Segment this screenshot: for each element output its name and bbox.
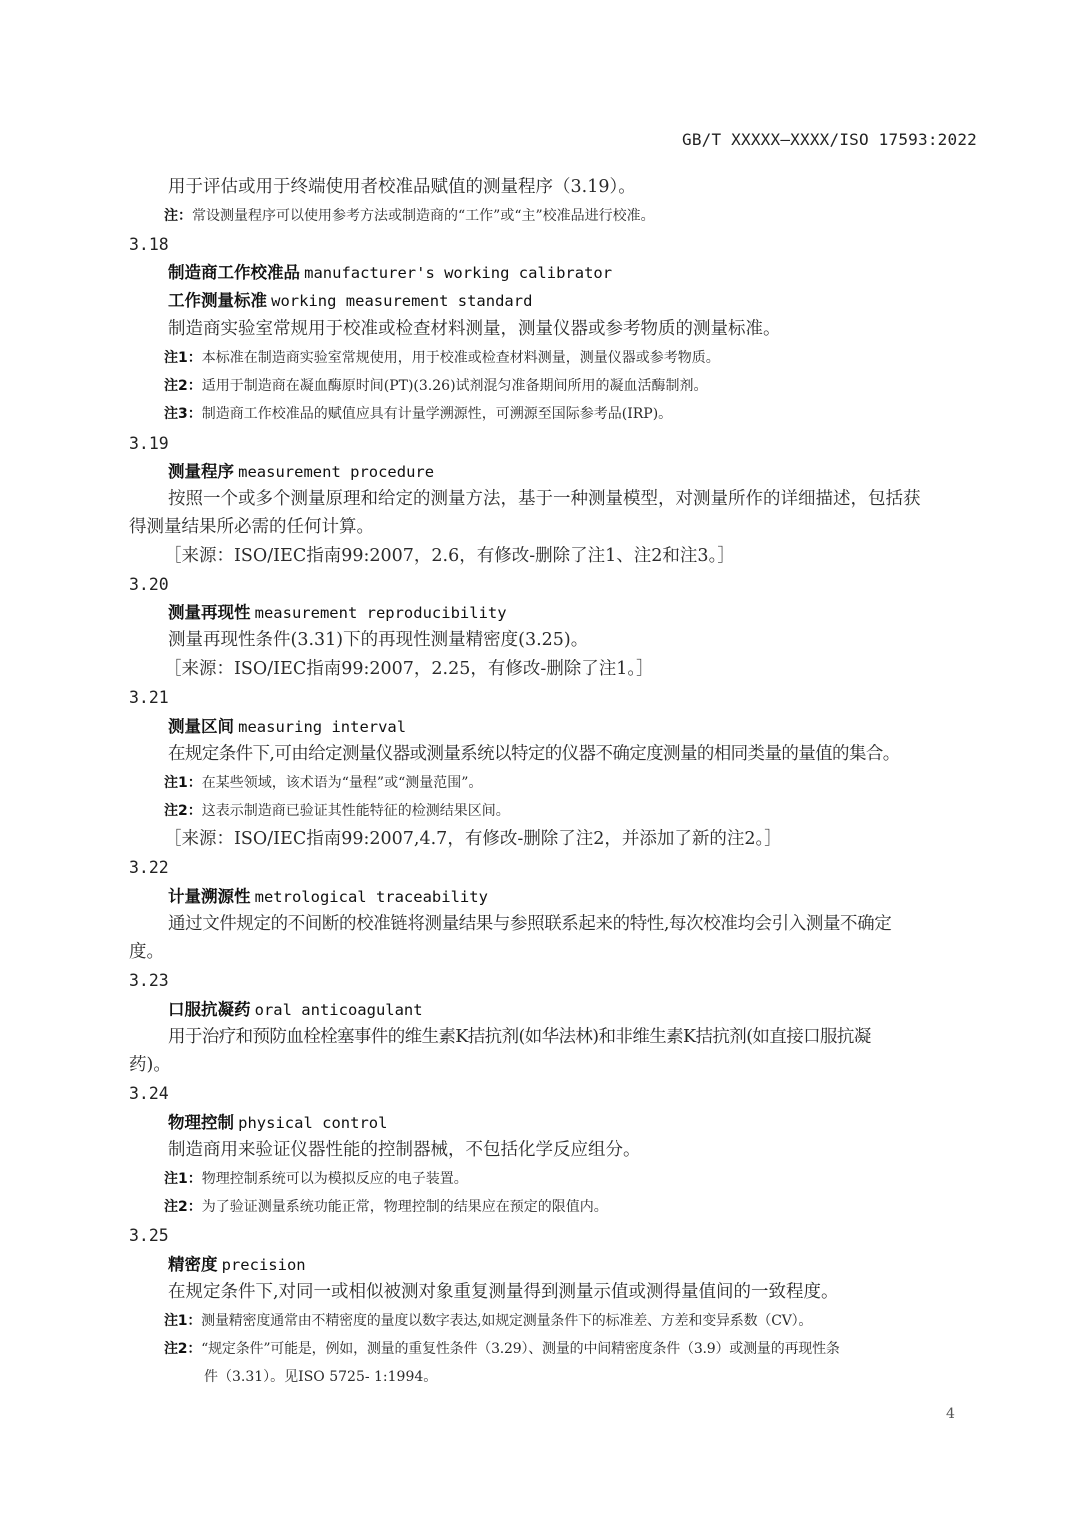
source-citation: ［来源：ISO/IEC指南99:2007,4.7，有修改-删除了注2，并添加了新… [164,831,782,849]
term-zh: 测量程序 [168,462,234,481]
note: 注1：在某些领域，该术语为“量程”或“测量范围”。 [164,776,482,790]
note-text: 测量精密度通常由不精密度的量度以数字表达,如规定测量条件下的标准差、方差和变异系… [201,1313,812,1329]
note-text: 本标准在制造商实验室常规使用，用于校准或检查材料测量，测量仪器或参考物质。 [202,350,720,366]
definition: 通过文件规定的不间断的校准链将测量结果与参照联系起来的特性,每次校准均会引入测量… [168,916,891,934]
entry-number: 3.21 [129,690,169,707]
note-text: 在某些领域，该术语为“量程”或“测量范围”。 [202,775,483,791]
term-heading: 精密度 precision [168,1257,306,1274]
note-label: 注1： [164,1171,202,1187]
term-heading: 计量溯源性 metrological traceability [168,889,488,906]
alt-term-heading: 工作测量标准 working measurement standard [168,293,532,310]
note-label: 注1： [164,775,202,791]
note-text: 这表示制造商已验证其性能特征的检测结果区间。 [202,803,510,819]
term-en: manufacturer's working calibrator [304,264,612,282]
term-en: metrological traceability [255,888,488,906]
term-zh: 测量区间 [168,717,234,736]
entry-number: 3.18 [129,237,169,254]
note-label: 注2： [164,378,202,394]
note-continuation: 件（3.31）。见ISO 5725- 1:1994。 [204,1370,437,1384]
term-zh: 物理控制 [168,1113,234,1132]
note-label: 注： [164,208,192,224]
term-en: measurement reproducibility [255,604,507,622]
definition-continuation: 得测量结果所必需的任何计算。 [129,519,374,537]
term-zh: 口服抗凝药 [168,1000,251,1019]
note: 注2：适用于制造商在凝血酶原时间(PT)(3.26)试剂混匀准备期间所用的凝血活… [164,379,708,393]
page-number: 4 [946,1407,955,1421]
note-label: 注2： [164,1341,201,1357]
note: 注1：物理控制系统可以为模拟反应的电子装置。 [164,1172,468,1186]
definition: 制造商用来验证仪器性能的控制器械，不包括化学反应组分。 [168,1142,641,1160]
definition: 制造商实验室常规用于校准或检查材料测量，测量仪器或参考物质的测量标准。 [168,321,781,339]
definition: 用于治疗和预防血栓栓塞事件的维生素K拮抗剂(如华法林)和非维生素K拮抗剂(如直接… [168,1029,871,1047]
definition: 在规定条件下,对同一或相似被测对象重复测量得到测量示值或测得量值间的一致程度。 [168,1284,839,1302]
note-text: 适用于制造商在凝血酶原时间(PT)(3.26)试剂混匀准备期间所用的凝血活酶制剂… [202,378,708,394]
definition-continuation: 度。 [129,944,164,962]
term-en: physical control [238,1114,387,1132]
definition: 在规定条件下,可由给定测量仪器或测量系统以特定的仪器不确定度测量的相同类量的量值… [168,746,900,764]
note-text: 制造商工作校准品的赋值应具有计量学溯源性，可溯源至国际参考品(IRP)。 [202,406,672,422]
note: 注1：本标准在制造商实验室常规使用，用于校准或检查材料测量，测量仪器或参考物质。 [164,351,720,365]
intro-text: 用于评估或用于终端使用者校准品赋值的测量程序（3.19）。 [168,179,636,197]
note-text: 常设测量程序可以使用参考方法或制造商的“工作”或“主”校准品进行校准。 [192,208,655,224]
entry-number: 3.20 [129,577,169,594]
note: 注2：这表示制造商已验证其性能特征的检测结果区间。 [164,804,510,818]
term-heading: 测量区间 measuring interval [168,719,406,736]
term-en: measuring interval [238,718,406,736]
definition: 测量再现性条件(3.31)下的再现性测量精密度(3.25)。 [168,632,588,650]
alt-term-zh: 工作测量标准 [168,291,267,310]
standard-code-header: GB/T XXXXX—XXXX/ISO 17593:2022 [682,132,977,148]
term-zh: 精密度 [168,1255,218,1274]
note-text: 为了验证测量系统功能正常，物理控制的结果应在预定的限值内。 [202,1199,608,1215]
source-citation: ［来源：ISO/IEC指南99:2007，2.6，有修改-删除了注1、注2和注3… [164,548,735,566]
term-heading: 测量再现性 measurement reproducibility [168,605,507,622]
term-heading: 口服抗凝药 oral anticoagulant [168,1002,423,1019]
entry-number: 3.19 [129,436,169,453]
term-en: precision [222,1256,306,1274]
entry-number: 3.23 [129,973,169,990]
note-label: 注3： [164,406,202,422]
term-zh: 制造商工作校准品 [168,263,300,282]
term-zh: 计量溯源性 [168,887,251,906]
term-en: oral anticoagulant [255,1001,423,1019]
note-label: 注2： [164,803,202,819]
note: 注2：“规定条件”可能是，例如，测量的重复性条件（3.29）、测量的中间精密度条… [164,1342,840,1356]
entry-number: 3.25 [129,1228,169,1245]
entry-number: 3.24 [129,1086,169,1103]
term-zh: 测量再现性 [168,603,251,622]
note-label: 注1： [164,350,202,366]
definition: 按照一个或多个测量原理和给定的测量方法，基于一种测量模型，对测量所作的详细描述，… [168,491,921,509]
definition-continuation: 药)。 [129,1057,171,1075]
term-heading: 制造商工作校准品 manufacturer's working calibrat… [168,265,612,282]
term-heading: 测量程序 measurement procedure [168,464,434,481]
entry-number: 3.22 [129,860,169,877]
note-text: 物理控制系统可以为模拟反应的电子装置。 [202,1171,468,1187]
source-citation: ［来源：ISO/IEC指南99:2007，2.25，有修改-删除了注1。］ [164,661,654,679]
document-page: GB/T XXXXX—XXXX/ISO 17593:2022 用于评估或用于终端… [0,0,1080,1527]
note: 注3：制造商工作校准品的赋值应具有计量学溯源性，可溯源至国际参考品(IRP)。 [164,407,672,421]
intro-note: 注：常设测量程序可以使用参考方法或制造商的“工作”或“主”校准品进行校准。 [164,209,655,223]
note: 注2：为了验证测量系统功能正常，物理控制的结果应在预定的限值内。 [164,1200,608,1214]
note: 注1：测量精密度通常由不精密度的量度以数字表达,如规定测量条件下的标准差、方差和… [164,1314,812,1328]
term-en: measurement procedure [238,463,434,481]
note-label: 注1： [164,1313,201,1329]
note-label: 注2： [164,1199,202,1215]
term-heading: 物理控制 physical control [168,1115,387,1132]
note-text: “规定条件”可能是，例如，测量的重复性条件（3.29）、测量的中间精密度条件（3… [201,1341,840,1357]
alt-term-en: working measurement standard [271,292,532,310]
